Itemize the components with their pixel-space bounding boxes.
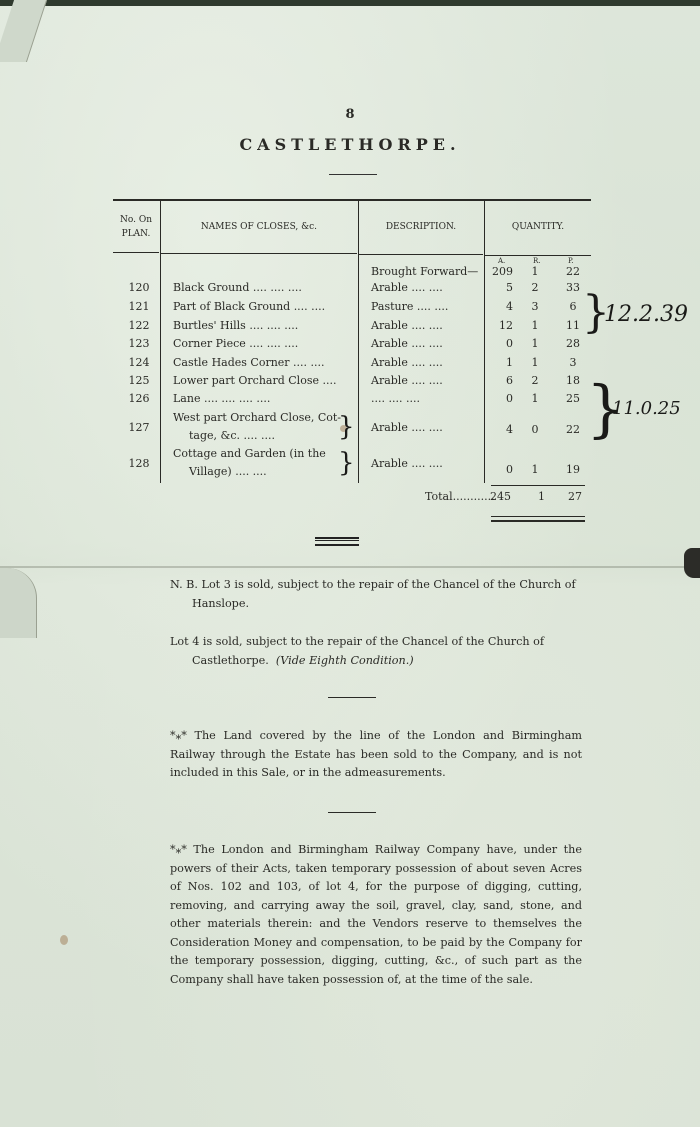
table-row: 127 West part Orchard Close, Cot- tage, … (113, 411, 591, 447)
note-lot4-reference: (Vide Eighth Condition.) (276, 654, 414, 667)
header-rule (113, 252, 159, 253)
cell-name: Part of Black Ground .... .... (173, 300, 348, 313)
cell-plan-no: 128 (121, 457, 157, 470)
cell-description: Arable .... .... (371, 374, 481, 387)
cell-roods: 1 (527, 463, 543, 476)
header-rule (161, 253, 357, 254)
cell-acres: 5 (483, 281, 513, 294)
total-label: Total............ (425, 490, 495, 503)
brace-icon: } (338, 413, 355, 441)
table-row: 124 Castle Hades Corner .... .... Arable… (113, 356, 591, 374)
note-lot4-line1: Lot 4 is sold, subject to the repair of … (170, 635, 544, 648)
cell-roods: 1 (527, 319, 543, 332)
note-railway-possession-text: The London and Birmingham Railway Compan… (170, 843, 582, 986)
header-quantity: QUANTITY. (485, 201, 591, 253)
cell-acres: 12 (483, 319, 513, 332)
brace-icon: } (338, 449, 355, 477)
sum-rule (491, 485, 585, 486)
cell-roods: 1 (527, 337, 543, 350)
cell-name: Lower part Orchard Close .... (173, 374, 348, 387)
cell-perches: 25 (561, 392, 585, 405)
qty-header-roods: R. (533, 257, 541, 265)
cell-description: Arable .... .... (371, 281, 481, 294)
table-row: 123 Corner Piece .... .... .... Arable .… (113, 337, 591, 355)
cell-plan-no: 127 (121, 421, 157, 434)
cell-acres: 209 (483, 265, 513, 278)
handwritten-annotation: 11.0.25 (612, 398, 681, 419)
cell-plan-no: 124 (121, 356, 157, 369)
cell-name: Lane .... .... .... .... (173, 392, 348, 405)
folded-corner-top (0, 0, 47, 62)
cell-name: Corner Piece .... .... .... (173, 337, 348, 350)
cell-perches: 22 (561, 423, 585, 436)
cell-plan-no: 120 (121, 281, 157, 294)
folded-corner-middle (0, 568, 37, 638)
cell-acres: 0 (483, 463, 513, 476)
table-row: 126 Lane .... .... .... .... .... .... .… (113, 392, 591, 410)
header-names: NAMES OF CLOSES, &c. (161, 201, 357, 253)
header-rule (485, 255, 591, 256)
cell-perches: 18 (561, 374, 585, 387)
note-lot4: Lot 4 is sold, subject to the repair of … (170, 633, 582, 670)
qty-header-acres: A. (498, 257, 505, 265)
cell-perches: 28 (561, 337, 585, 350)
cell-description: Pasture .... .... (371, 300, 481, 313)
header-description: DESCRIPTION. (359, 201, 483, 253)
cell-name: Burtles' Hills .... .... .... (173, 319, 348, 332)
cell-plan-no: 121 (121, 300, 157, 313)
table-header: No. On PLAN. NAMES OF CLOSES, &c. DESCRI… (113, 199, 591, 255)
qty-header-perches: P. (568, 257, 574, 265)
cell-acres: 0 (483, 337, 513, 350)
table-row: 125 Lower part Orchard Close .... Arable… (113, 374, 591, 392)
cell-roods: 2 (527, 374, 543, 387)
cell-plan-no: 122 (121, 319, 157, 332)
total-roods: 1 (538, 490, 545, 503)
cell-acres: 6 (483, 374, 513, 387)
table-row: 122 Burtles' Hills .... .... .... Arable… (113, 319, 591, 337)
note-lot4-line2: Castlethorpe. (192, 654, 269, 667)
cell-roods: 2 (527, 281, 543, 294)
section-double-rule (315, 537, 359, 546)
table-row: 121 Part of Black Ground .... .... Pastu… (113, 300, 591, 318)
cell-plan-no: 123 (121, 337, 157, 350)
cell-acres: 4 (483, 423, 513, 436)
note-railway-land-text: The Land covered by the line of the Lond… (170, 729, 582, 779)
total-double-rule (491, 516, 585, 522)
asterism-icon: *⁎* (170, 843, 187, 856)
note-lot3-line1: N. B. Lot 3 is sold, subject to the repa… (170, 578, 576, 591)
paper-fold-crease (0, 566, 700, 568)
cell-roods: 1 (527, 356, 543, 369)
cell-name: Castle Hades Corner .... .... (173, 356, 348, 369)
cell-description: Arable .... .... (371, 356, 481, 369)
cell-description: Arable .... .... (371, 337, 481, 350)
total-acres: 245 (490, 490, 511, 503)
cell-name-line1: Cottage and Garden (in the (173, 447, 348, 460)
section-rule (328, 812, 376, 813)
note-railway-possession: *⁎* The London and Birmingham Railway Co… (170, 841, 582, 989)
cell-plan-no: 126 (121, 392, 157, 405)
document-page: 8 CASTLETHORPE. No. On PLAN. NAMES OF CL… (0, 0, 700, 1127)
handwritten-annotation: 12.2.39 (604, 302, 688, 327)
page-title: CASTLETHORPE. (0, 135, 700, 154)
header-no-on-plan: No. On PLAN. (113, 201, 159, 253)
paper-tear (684, 548, 700, 578)
header-rule (359, 254, 483, 255)
table-row: 128 Cottage and Garden (in the Village) … (113, 447, 591, 483)
cell-acres: 0 (483, 392, 513, 405)
brought-forward-label: Brought Forward— (371, 265, 481, 278)
asterism-icon: *⁎* (170, 729, 187, 742)
cell-acres: 1 (483, 356, 513, 369)
cell-description: Arable .... .... (371, 457, 481, 470)
cell-perches: 22 (561, 265, 585, 278)
paper-stain (60, 935, 68, 945)
cell-name: Black Ground .... .... .... (173, 281, 348, 294)
cell-roods: 0 (527, 423, 543, 436)
cell-description: Arable .... .... (371, 319, 481, 332)
cell-roods: 3 (527, 300, 543, 313)
cell-roods: 1 (527, 392, 543, 405)
page-number: 8 (0, 107, 700, 122)
cell-plan-no: 125 (121, 374, 157, 387)
scan-top-edge (0, 0, 700, 6)
note-railway-land: *⁎* The Land covered by the line of the … (170, 727, 582, 783)
note-lot3: N. B. Lot 3 is sold, subject to the repa… (170, 576, 582, 613)
cell-name-line1: West part Orchard Close, Cot- (173, 411, 348, 424)
cell-acres: 4 (483, 300, 513, 313)
total-perches: 27 (568, 490, 582, 503)
cell-description: .... .... .... (371, 392, 481, 405)
note-lot3-line2: Hanslope. (170, 595, 582, 614)
cell-perches: 19 (561, 463, 585, 476)
cell-perches: 3 (561, 356, 585, 369)
title-rule (329, 174, 377, 175)
table-row: 120 Black Ground .... .... .... Arable .… (113, 281, 591, 299)
cell-roods: 1 (527, 265, 543, 278)
cell-description: Arable .... .... (371, 421, 481, 434)
section-rule (328, 697, 376, 698)
